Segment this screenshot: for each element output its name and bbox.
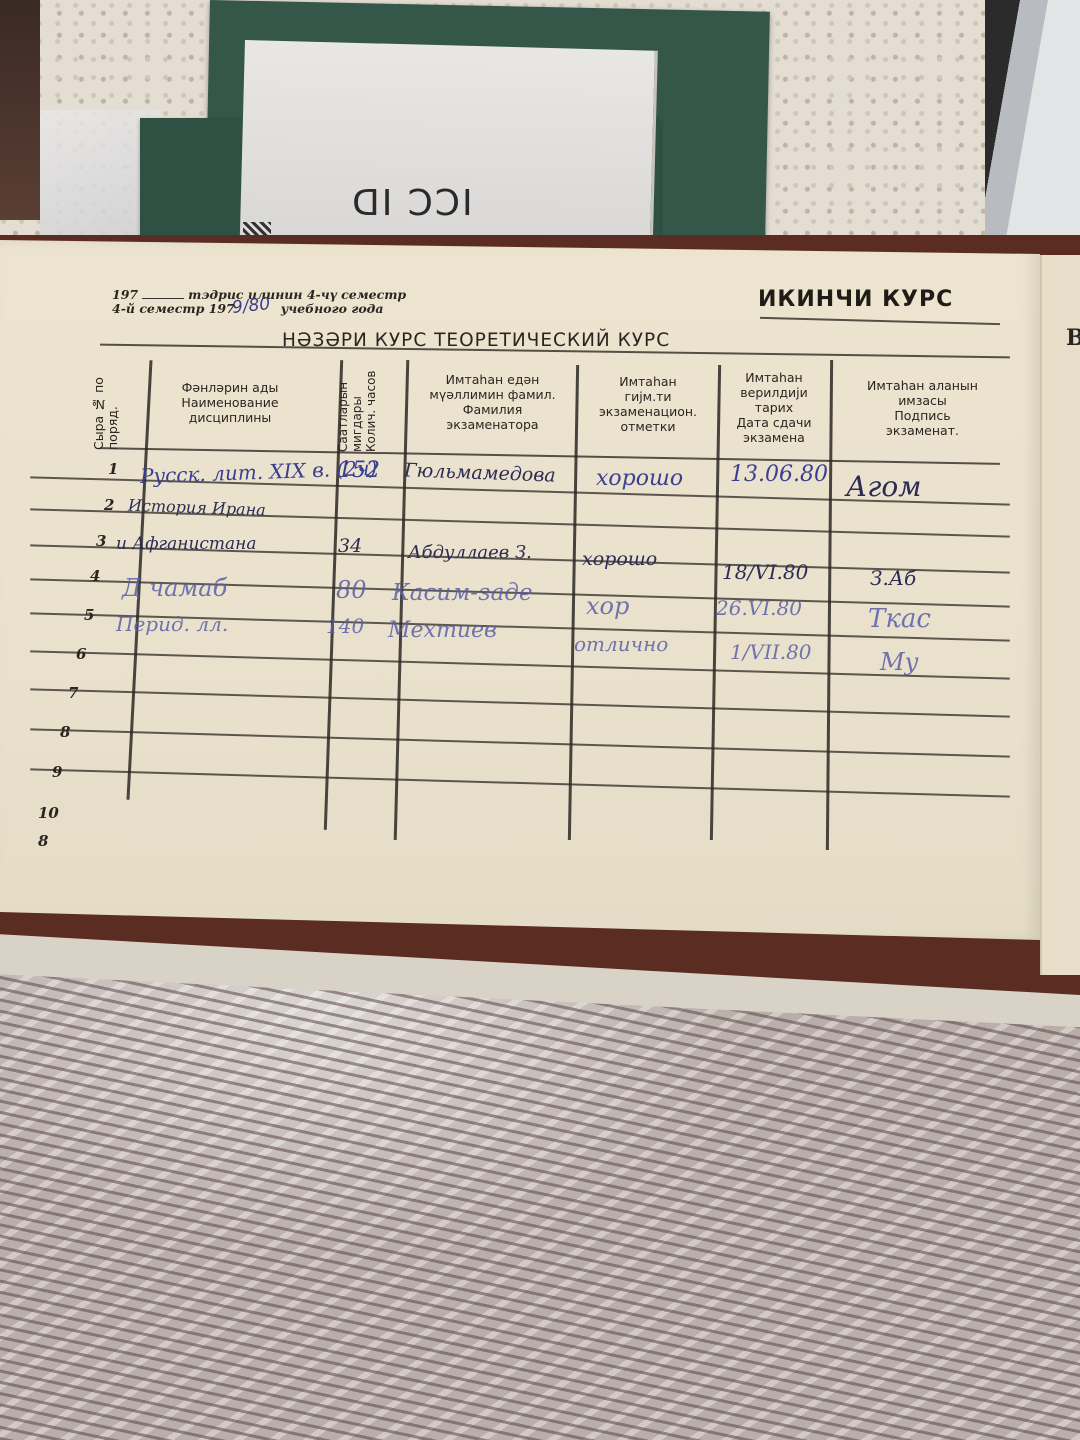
- row4-date: 26.VI.80: [716, 596, 802, 620]
- row-number: 2: [104, 496, 114, 514]
- year-prefix: 197: [112, 287, 138, 302]
- row4-hours: 80: [336, 576, 367, 604]
- col-header-number: Сыра № по поряд.: [92, 362, 120, 450]
- row1-hours: 152: [338, 458, 380, 483]
- row5-examiner: Мехтиев: [388, 618, 497, 643]
- row-number: 5: [84, 606, 94, 624]
- col-header-grade: Имтаһан гијм.ти экзаменацион. отметки: [578, 374, 718, 434]
- semester-ru-prefix: 4-й семестр 197: [112, 301, 235, 316]
- row3-date: 18/VI.80: [722, 560, 808, 584]
- row3-hours: 34: [338, 535, 362, 557]
- col-header-date: Имтаһан верилдији тарих Дата сдачи экзам…: [718, 370, 830, 445]
- white-card: [240, 40, 658, 256]
- row5-subject: Перид. лл.: [116, 612, 228, 636]
- col-header-subject: Фәнләрин ады Наименование дисциплины: [150, 380, 310, 425]
- row-number: 8: [38, 832, 48, 850]
- row5-signature: Му: [880, 648, 919, 676]
- col-header-signature: Имтаһан аланын имзасы Подпись экзаменат.: [840, 378, 1005, 438]
- row3-subject: и Афганистана: [116, 534, 257, 554]
- row-number: 7: [68, 684, 78, 702]
- row4-examiner: Касим-заде: [392, 580, 533, 606]
- row1-grade: хорошо: [596, 466, 683, 491]
- row1-signature: Агом: [846, 470, 921, 503]
- col-header-examiner: Имтаһан едән мүәллимин фамил. Фамилия эк…: [410, 372, 575, 432]
- handwritten-year: 9/80: [231, 294, 271, 318]
- next-page-edge: [1040, 255, 1080, 975]
- dark-object-corner: [0, 0, 40, 220]
- col-header-hours: Саатларын мигдары Колич. часов: [336, 356, 406, 452]
- row-number: 8: [60, 723, 70, 741]
- row4-subject: Д чамаб: [122, 574, 227, 602]
- row-number: 10: [38, 804, 59, 822]
- semester-az-text: тэдрис илинин 4-чү семестр: [188, 287, 406, 302]
- row1-date: 13.06.80: [730, 462, 828, 487]
- row3-examiner: Абдуллаев З.: [408, 542, 532, 563]
- row-number: 9: [52, 763, 62, 781]
- row3-grade: хорошо: [582, 548, 657, 570]
- row4-grade: хор: [586, 592, 629, 620]
- next-page-letter: В: [1066, 325, 1080, 351]
- row5-date: 1/VII.80: [730, 640, 812, 664]
- row4-signature: Ткас: [868, 604, 931, 634]
- course-title: ИКИНЧИ КУРС: [758, 287, 953, 312]
- row-number: 6: [76, 645, 86, 663]
- row-number: 4: [90, 567, 100, 585]
- stacked-papers: [985, 0, 1080, 255]
- semester-ru-suffix: учебного года: [281, 301, 384, 316]
- row-number: 1: [108, 460, 118, 478]
- row-number: 3: [96, 532, 106, 550]
- icc-id-label: ICC ID: [350, 180, 473, 221]
- row3-signature: З.Аб: [870, 566, 916, 590]
- row5-hours: 140: [326, 614, 364, 638]
- row5-grade: отлично: [574, 632, 668, 656]
- knit-blanket-background: [0, 960, 1080, 1440]
